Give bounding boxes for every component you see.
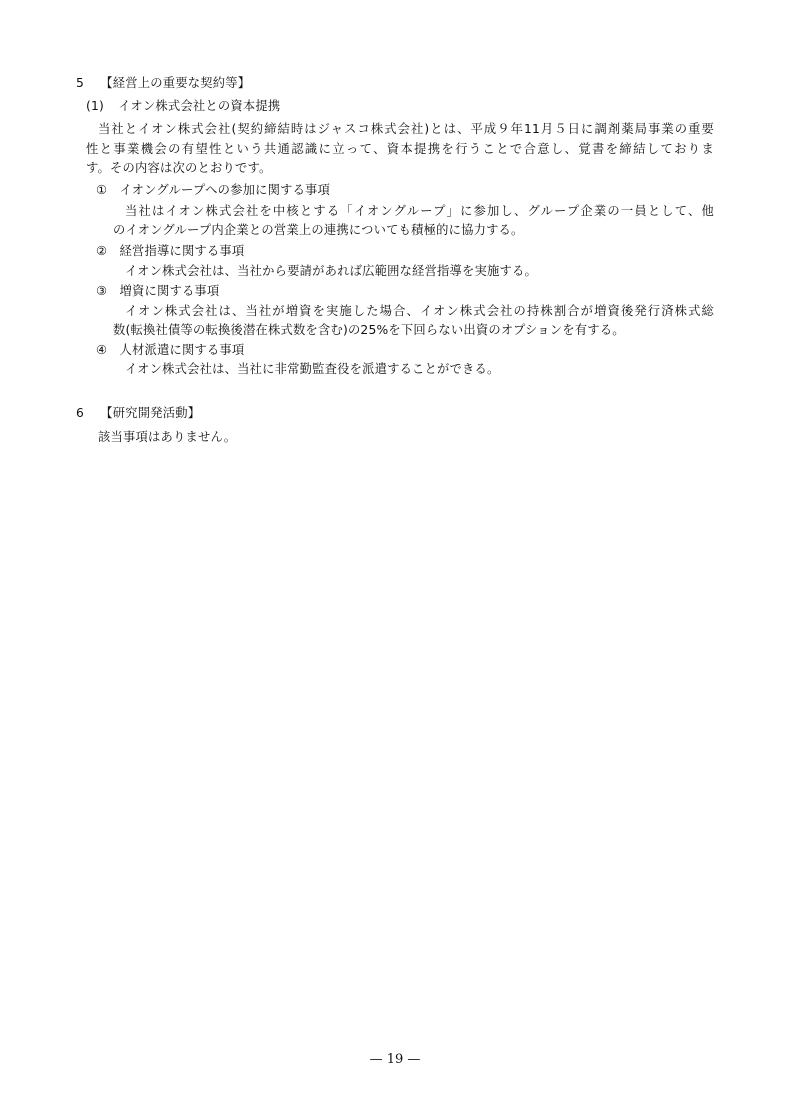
item-4-marker: ④ <box>96 343 107 357</box>
page-number: — 19 — <box>0 1052 790 1067</box>
section-5-title: 【経営上の重要な契約等】 <box>100 76 250 90</box>
section-6-heading: 6 【研究開発活動】 <box>76 405 200 421</box>
item-1-line-2: のイオングループ内企業との営業上の連携についても積極的に協力する。 <box>113 222 524 238</box>
item-3-line-2: 数(転換社債等の転換後潜在株式数を含む)の25%を下回らない出資のオプションを有… <box>113 322 625 338</box>
item-3-heading: ③ 増資に関する事項 <box>96 283 219 299</box>
intro-paragraph-line-1: 当社とイオン株式会社(契約締結時はジャスコ株式会社)とは、平成９年11月５日に調… <box>98 121 714 137</box>
item-3-title: 増資に関する事項 <box>119 284 219 298</box>
subsection-1-heading: (1) イオン株式会社との資本提携 <box>86 98 280 114</box>
intro-paragraph-line-2: 性と事業機会の有望性という共通認識に立って、資本提携を行うことで合意し、覚書を締… <box>86 141 714 157</box>
item-4-line-1: イオン株式会社は、当社に非常勤監査役を派遣することができる。 <box>125 361 500 377</box>
item-3-line-1: イオン株式会社は、当社が増資を実施した場合、イオン株式会社の持株割合が増資後発行… <box>125 303 714 319</box>
item-4-heading: ④ 人材派遣に関する事項 <box>96 342 244 358</box>
section-5-heading: 5 【経営上の重要な契約等】 <box>76 75 250 91</box>
item-1-line-1: 当社はイオン株式会社を中核とする「イオングループ」に参加し、グループ企業の一員と… <box>125 203 714 219</box>
item-1-heading: ① イオングループへの参加に関する事項 <box>96 182 330 198</box>
item-2-marker: ② <box>96 244 107 258</box>
intro-paragraph-line-3: す。その内容は次のとおりです。 <box>86 160 272 176</box>
subsection-1-title: イオン株式会社との資本提携 <box>118 99 280 113</box>
item-3-marker: ③ <box>96 284 107 298</box>
section-5-number: 5 <box>76 76 84 90</box>
item-2-heading: ② 経営指導に関する事項 <box>96 243 244 259</box>
item-4-title: 人材派遣に関する事項 <box>119 343 244 357</box>
item-2-line-1: イオン株式会社は、当社から要請があれば広範囲な経営指導を実施する。 <box>125 263 537 279</box>
item-1-title: イオングループへの参加に関する事項 <box>119 183 330 197</box>
item-2-title: 経営指導に関する事項 <box>119 244 244 258</box>
item-1-marker: ① <box>96 183 107 197</box>
section-6-body: 該当事項はありません。 <box>98 429 236 445</box>
section-6-number: 6 <box>76 406 84 420</box>
section-6-title: 【研究開発活動】 <box>100 406 200 420</box>
subsection-1-label: (1) <box>86 99 104 113</box>
